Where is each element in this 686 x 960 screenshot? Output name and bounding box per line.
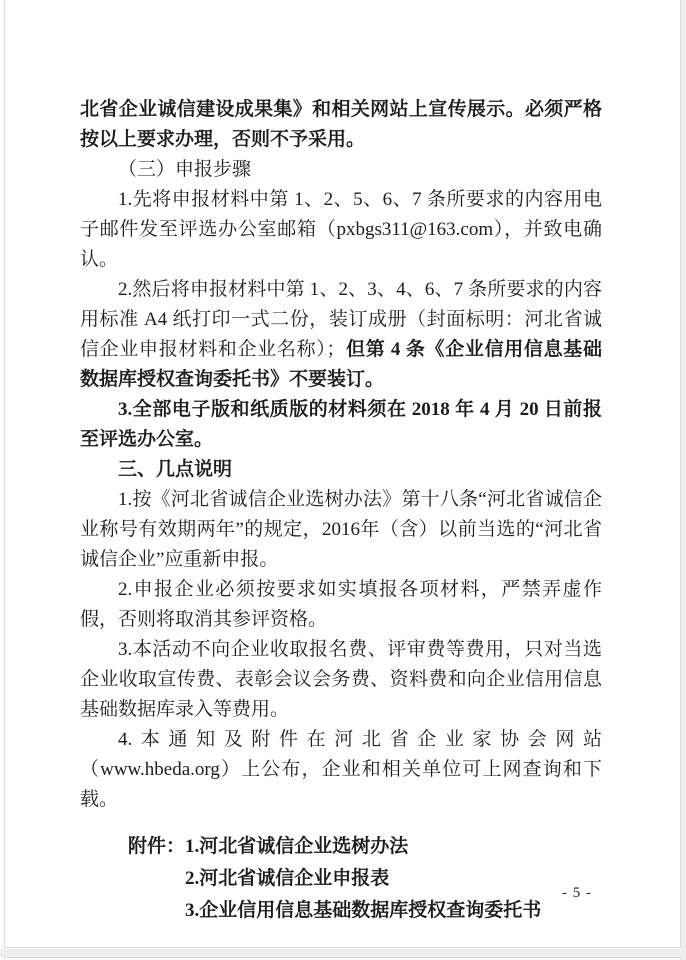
paragraph: 2.申报企业必须按要求如实填报各项材料，严禁弄虚作假，否则将取消其参评资格。 (80, 575, 602, 635)
paragraph-text: 4.本通知及附件在河北省企业家协会网站（www.hbeda.org）上公布，企业… (80, 729, 602, 810)
paragraph: 北省企业诚信建设成果集》和相关网站上宣传展示。必须严格按以上要求办理，否则不予采… (80, 95, 602, 155)
paragraph-text: 1.先将申报材料中第 1、2、5、6、7 条所要求的内容用电子邮件发至评选办公室… (80, 189, 602, 270)
paragraph: 1.先将申报材料中第 1、2、5、6、7 条所要求的内容用电子邮件发至评选办公室… (80, 185, 602, 275)
document-viewer: 北省企业诚信建设成果集》和相关网站上宣传展示。必须严格按以上要求办理，否则不予采… (0, 0, 686, 960)
page-number: - 5 - (562, 885, 592, 902)
paragraph-text: 1.按《河北省诚信企业选树办法》第十八条“河北省诚信企业称号有效期两年”的规定，… (80, 489, 602, 570)
attachments-list: 1.河北省诚信企业选树办法2.河北省诚信企业申报表3.企业信用信息基础数据库授权… (185, 831, 602, 927)
paragraph-text: 北省企业诚信建设成果集》和相关网站上宣传展示。必须严格按以上要求办理，否则不予采… (80, 99, 602, 150)
attachment-item: 1.河北省诚信企业选树办法 (185, 831, 602, 863)
paragraph: 3.本活动不向企业收取报名费、评审费等费用，只对当选企业收取宣传费、表彰会议会务… (80, 635, 602, 725)
paragraph: 3.全部电子版和纸质版的材料须在 2018 年 4 月 20 日前报至评选办公室… (80, 395, 602, 455)
page-gap (0, 949, 686, 957)
attachments-block: 附件： 1.河北省诚信企业选树办法2.河北省诚信企业申报表3.企业信用信息基础数… (80, 831, 602, 927)
attachments-label: 附件： (128, 831, 185, 863)
paragraph: 1.按《河北省诚信企业选树办法》第十八条“河北省诚信企业称号有效期两年”的规定，… (80, 485, 602, 575)
document-body: 北省企业诚信建设成果集》和相关网站上宣传展示。必须严格按以上要求办理，否则不予采… (80, 95, 602, 927)
paragraph-text: 2.申报企业必须按要求如实填报各项材料，严禁弄虚作假，否则将取消其参评资格。 (80, 579, 602, 630)
attachment-item: 2.河北省诚信企业申报表 (185, 863, 602, 895)
paragraph: 2.然后将申报材料中第 1、2、3、4、6、7 条所要求的内容用标准 A4 纸打… (80, 275, 602, 395)
attachment-item: 3.企业信用信息基础数据库授权查询委托书 (185, 895, 602, 927)
paragraph: 4.本通知及附件在河北省企业家协会网站（www.hbeda.org）上公布，企业… (80, 725, 602, 815)
paragraph: 三、几点说明 (80, 455, 602, 485)
document-page: 北省企业诚信建设成果集》和相关网站上宣传展示。必须严格按以上要求办理，否则不予采… (4, 0, 681, 948)
paragraph-text: 3.全部电子版和纸质版的材料须在 2018 年 4 月 20 日前报至评选办公室… (80, 399, 602, 450)
paragraph-text: 三、几点说明 (118, 459, 232, 480)
paragraphs-container: 北省企业诚信建设成果集》和相关网站上宣传展示。必须严格按以上要求办理，否则不予采… (80, 95, 602, 815)
paragraph: （三）申报步骤 (80, 155, 602, 185)
viewer-right-gutter (681, 0, 686, 960)
paragraph-text: 3.本活动不向企业收取报名费、评审费等费用，只对当选企业收取宣传费、表彰会议会务… (80, 639, 602, 720)
paragraph-text: （三）申报步骤 (118, 159, 251, 180)
